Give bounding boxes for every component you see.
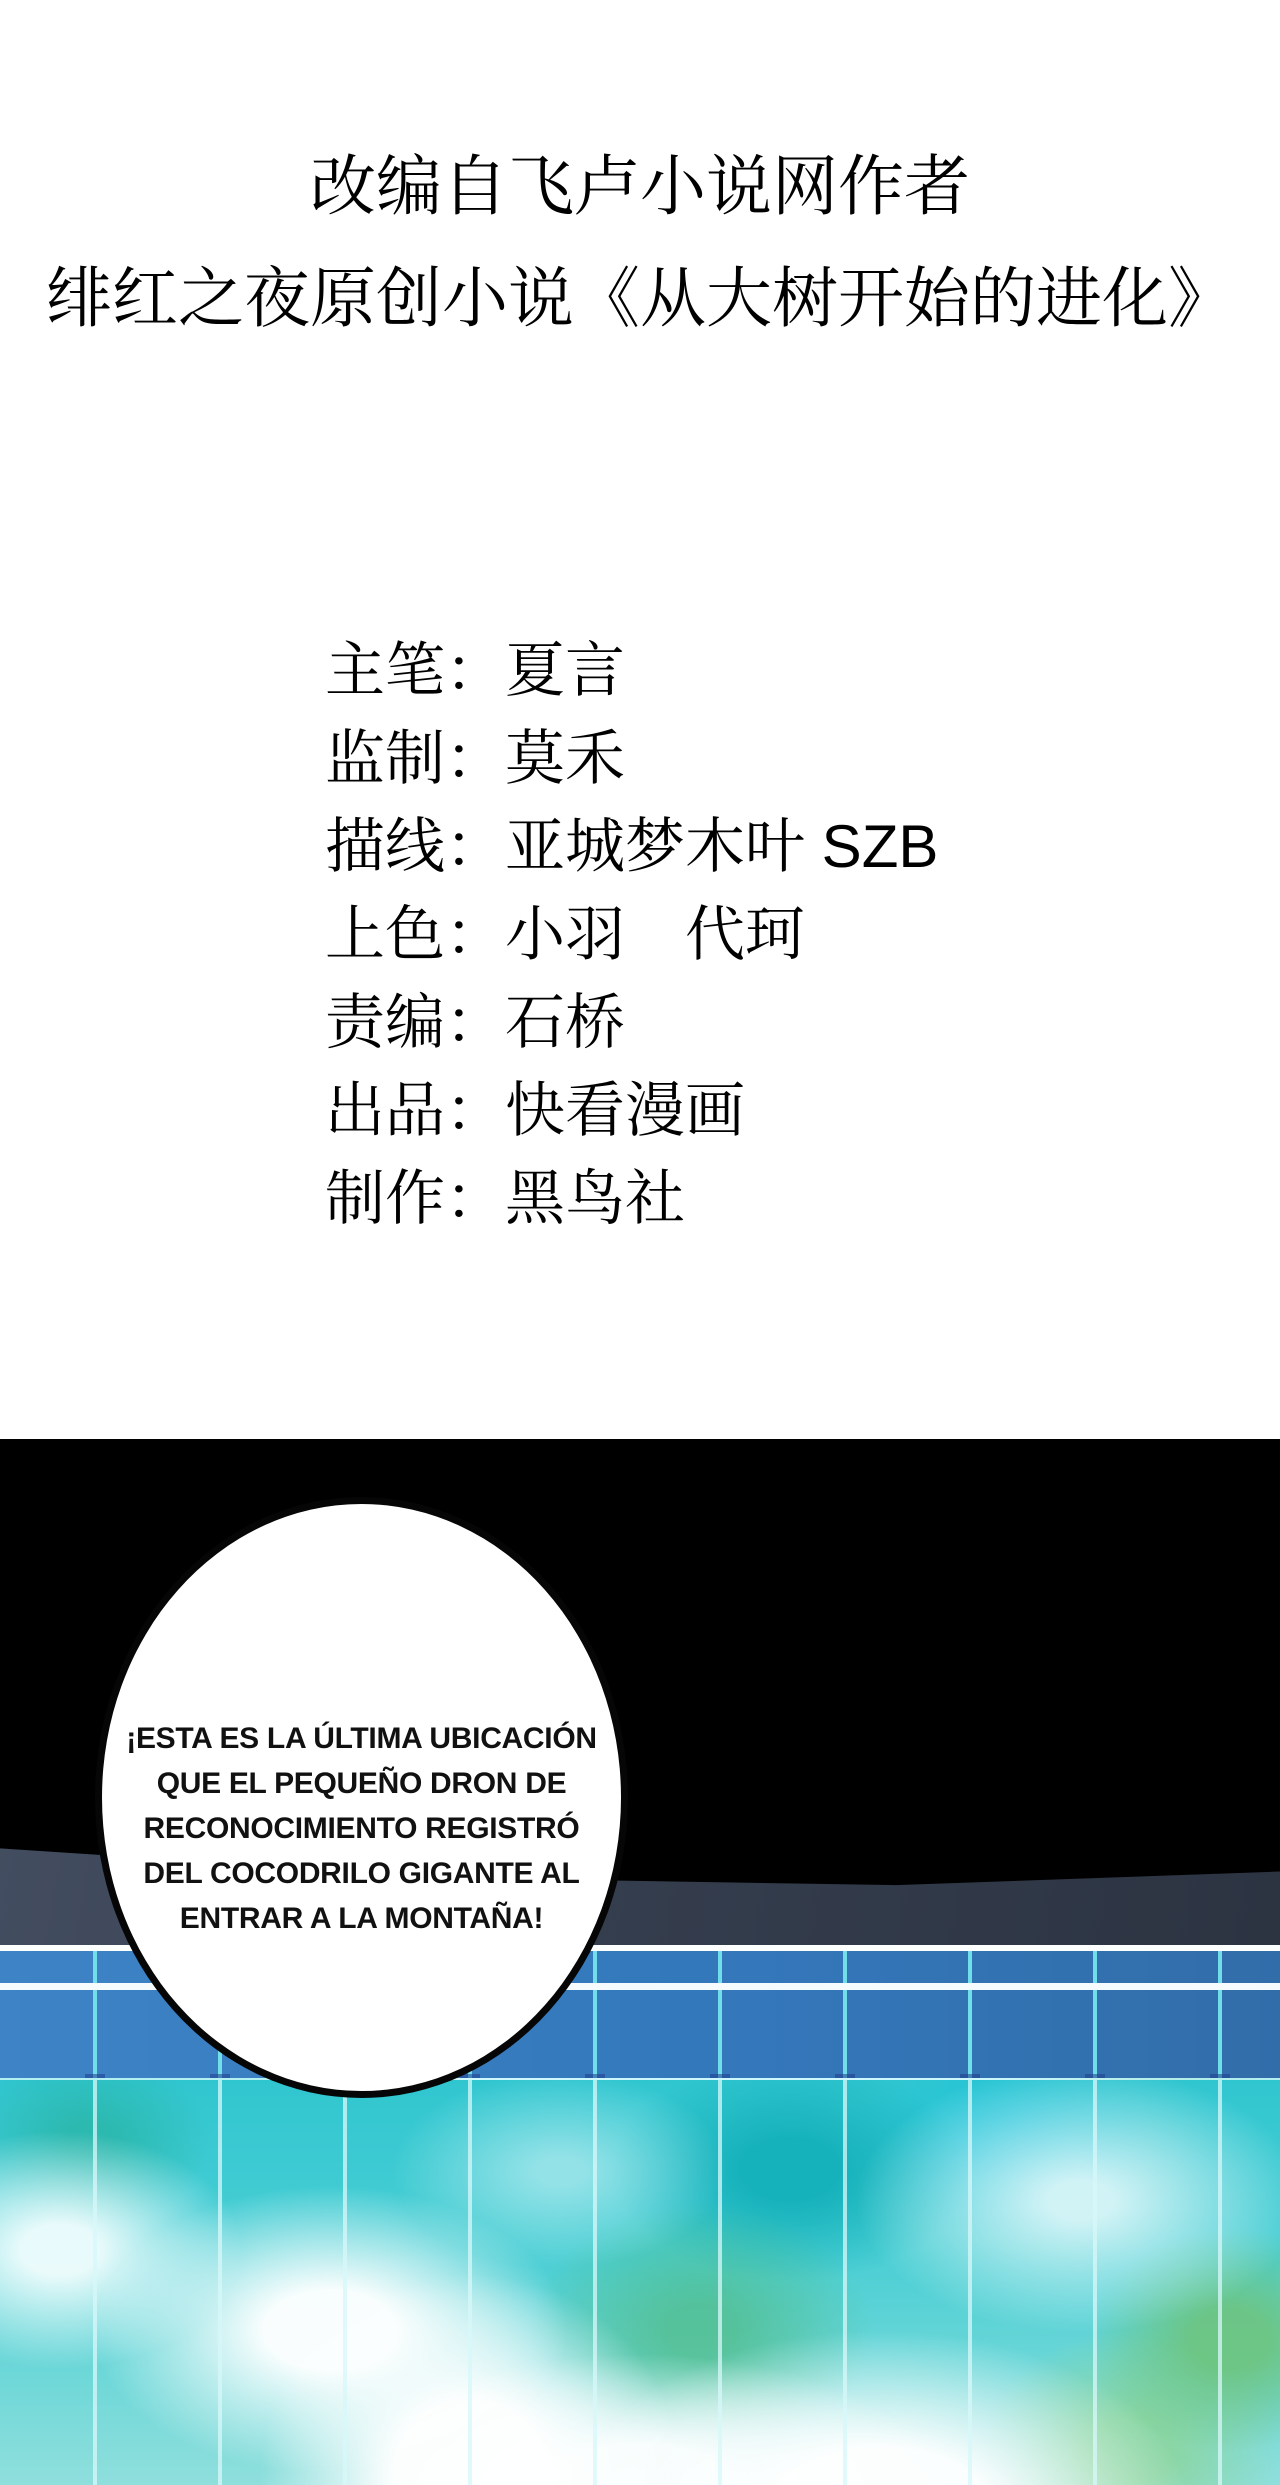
speech-bubble: ¡ESTA ES LA ÚLTIMA UBICACIÓN QUE EL PEQU… [95, 1497, 628, 2098]
credit-line-inking: 描线：亚城梦木叶 SZB [325, 803, 1245, 891]
credit-line-supervisor: 监制：莫禾 [325, 715, 1245, 803]
credits-block: 主笔：夏言 监制：莫禾 描线：亚城梦木叶 SZB 上色：小羽 代珂 责编：石桥 … [325, 627, 1245, 1243]
credit-line-editor: 责编：石桥 [325, 979, 1245, 1067]
adaptation-title: 改编自飞卢小说网作者 绯红之夜原创小说《从大树开始的进化》 [0, 130, 1280, 354]
speech-bubble-text: ¡ESTA ES LA ÚLTIMA UBICACIÓN QUE EL PEQU… [102, 1716, 621, 1941]
adaptation-line-2: 绯红之夜原创小说《从大树开始的进化》 [0, 242, 1280, 354]
speech-line-1: ¡ESTA ES LA ÚLTIMA UBICACIÓN [102, 1716, 621, 1761]
speech-line-4: DEL COCODRILO GIGANTE AL [102, 1851, 621, 1896]
speech-line-5: ENTRAR A LA MONTAÑA! [102, 1896, 621, 1941]
hud-grid-overlay [0, 2080, 1280, 2485]
forest-aerial-view [0, 2078, 1280, 2485]
credit-line-production: 制作：黑鸟社 [325, 1155, 1245, 1243]
credit-line-lead-artist: 主笔：夏言 [325, 627, 1245, 715]
credit-line-coloring: 上色：小羽 代珂 [325, 891, 1245, 979]
credit-line-publisher: 出品：快看漫画 [325, 1067, 1245, 1155]
speech-line-3: RECONOCIMIENTO REGISTRÓ [102, 1806, 621, 1851]
comic-panel: ¡ESTA ES LA ÚLTIMA UBICACIÓN QUE EL PEQU… [0, 1439, 1280, 2485]
speech-line-2: QUE EL PEQUEÑO DRON DE [102, 1761, 621, 1806]
adaptation-line-1: 改编自飞卢小说网作者 [0, 130, 1280, 242]
credits-section: 改编自飞卢小说网作者 绯红之夜原创小说《从大树开始的进化》 主笔：夏言 监制：莫… [0, 0, 1280, 1439]
comic-page: 改编自飞卢小说网作者 绯红之夜原创小说《从大树开始的进化》 主笔：夏言 监制：莫… [0, 0, 1280, 2485]
